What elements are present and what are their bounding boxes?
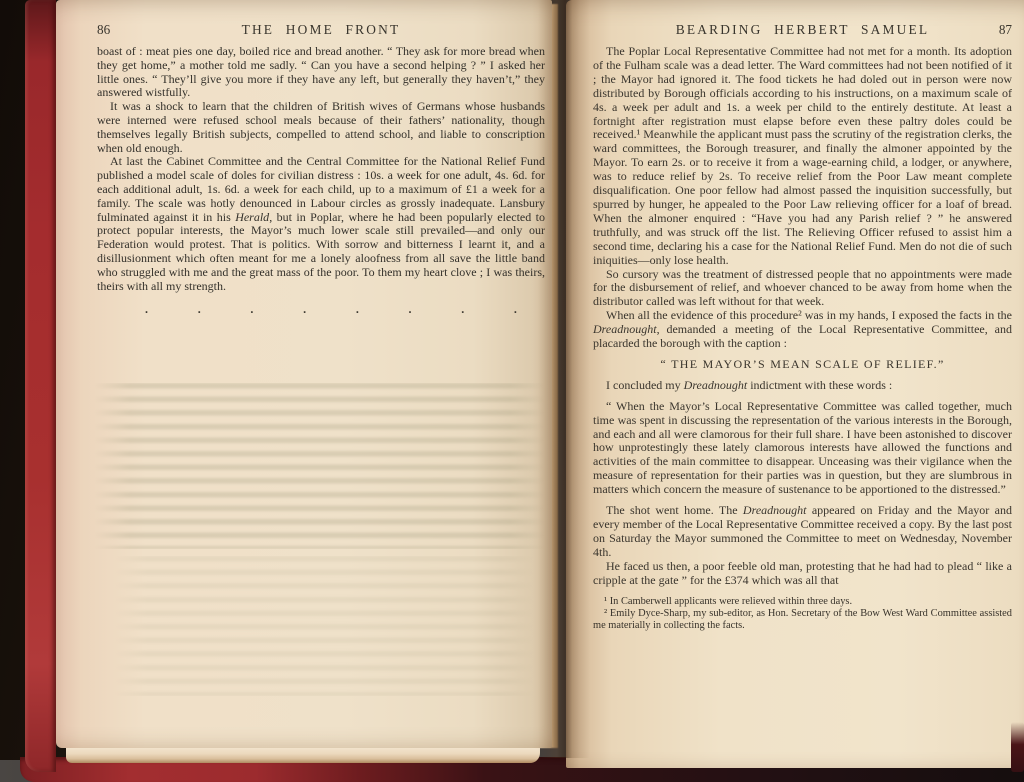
page-stack-bottom-edge — [66, 746, 540, 763]
paragraph: ¹ In Camberwell applicants were relieved… — [593, 596, 1012, 608]
separator-dot: . — [250, 303, 253, 317]
right-page: BEARDING HERBERT SAMUEL 87 The Poplar Lo… — [566, 0, 1024, 768]
italic-text: Dreadnought — [684, 378, 748, 392]
paragraph: boast of : meat pies one day, boiled ric… — [97, 45, 545, 100]
italic-text: Dreadnought — [593, 322, 657, 336]
paragraph: He faced us then, a poor feeble old man,… — [593, 560, 1012, 588]
paragraph: The shot went home. The Dreadnought appe… — [593, 504, 1012, 560]
paragraph: ² Emily Dyce-Sharp, my sub-editor, as Ho… — [593, 608, 1012, 633]
section-separator-dots: ........ — [145, 303, 517, 317]
left-page-header: 86 THE HOME FRONT — [97, 22, 545, 38]
text-run: It was a shock to learn that the childre… — [97, 99, 545, 154]
text-run: “ THE MAYOR’S MEAN SCALE OF RELIEF.” — [660, 357, 944, 371]
ink-bleed-through — [94, 383, 546, 549]
footnotes: ¹ In Camberwell applicants were relieved… — [593, 596, 1012, 633]
text-run: The Poplar Local Representative Committe… — [593, 44, 1012, 267]
left-page-body: boast of : meat pies one day, boiled ric… — [97, 45, 545, 317]
separator-dot: . — [461, 303, 464, 317]
paragraph: At last the Cabinet Committee and the Ce… — [97, 155, 545, 293]
running-title: BEARDING HERBERT SAMUEL — [629, 22, 976, 38]
text-run: indictment with these words : — [747, 378, 892, 392]
italic-text: Dreadnought — [743, 503, 807, 517]
paragraph: It was a shock to learn that the childre… — [97, 100, 545, 155]
running-title: THE HOME FRONT — [133, 22, 509, 38]
separator-dot: . — [356, 303, 359, 317]
separator-dot: . — [198, 303, 201, 317]
text-run: I concluded my — [606, 378, 684, 392]
text-run: When all the evidence of this procedure²… — [606, 308, 1012, 322]
right-page-body: The Poplar Local Representative Committe… — [593, 45, 1012, 632]
book-cover-left-edge — [25, 0, 56, 772]
ink-bleed-through — [114, 556, 534, 696]
paragraph: So cursory was the treatment of distress… — [593, 268, 1012, 310]
separator-dot: . — [514, 303, 517, 317]
paragraph: “ THE MAYOR’S MEAN SCALE OF RELIEF.” — [593, 358, 1012, 372]
page-number: 86 — [97, 22, 133, 38]
book-cover-bottom-shadow — [620, 766, 1024, 782]
italic-text: Herald — [235, 210, 269, 224]
left-page: 86 THE HOME FRONT boast of : meat pies o… — [56, 0, 552, 748]
book-cover-right-edge — [1011, 722, 1024, 772]
open-book-photo: 86 THE HOME FRONT boast of : meat pies o… — [0, 0, 1024, 782]
right-page-paragraphs: The Poplar Local Representative Committe… — [593, 45, 1012, 588]
paragraph: “ When the Mayor’s Local Representative … — [593, 400, 1012, 497]
page-number: 87 — [976, 22, 1012, 38]
left-page-paragraphs: boast of : meat pies one day, boiled ric… — [97, 45, 545, 293]
text-run: So cursory was the treatment of distress… — [593, 267, 1012, 309]
separator-dot: . — [145, 303, 148, 317]
text-run: He faced us then, a poor feeble old man,… — [593, 559, 1012, 587]
text-run: ¹ In Camberwell applicants were relieved… — [604, 596, 852, 607]
paragraph: The Poplar Local Representative Committe… — [593, 45, 1012, 268]
right-page-header: BEARDING HERBERT SAMUEL 87 — [593, 22, 1012, 38]
paragraph: I concluded my Dreadnought indictment wi… — [593, 379, 1012, 393]
text-run: The shot went home. The — [606, 503, 743, 517]
paragraph: When all the evidence of this procedure²… — [593, 309, 1012, 351]
text-run: , demanded a meeting of the Local Repres… — [593, 322, 1012, 350]
text-run: ² Emily Dyce-Sharp, my sub-editor, as Ho… — [593, 608, 1012, 631]
text-run: “ When the Mayor’s Local Representative … — [593, 399, 1012, 496]
separator-dot: . — [409, 303, 412, 317]
text-run: boast of : meat pies one day, boiled ric… — [97, 44, 545, 99]
separator-dot: . — [303, 303, 306, 317]
